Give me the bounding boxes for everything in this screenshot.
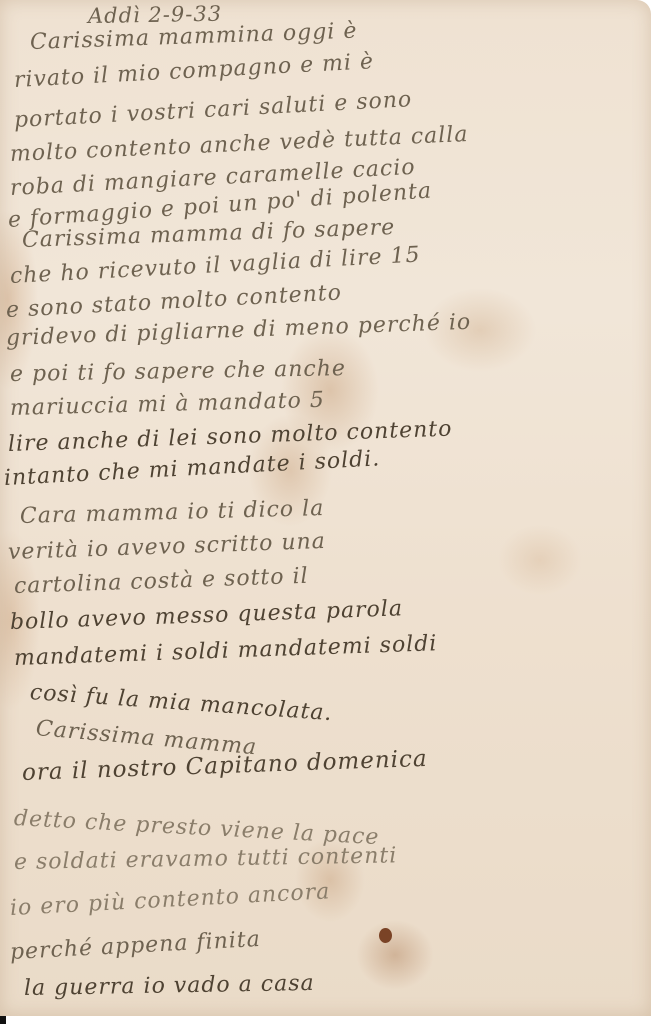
text-line: bollo avevo messo questa parola	[10, 596, 404, 635]
text-line: rivato il mio compagno e mi è	[13, 49, 374, 93]
text-line: io ero più contento ancora	[9, 879, 331, 921]
text-line: mandatemi i soldi mandatemi soldi	[14, 631, 438, 671]
text-line: verità io avevo scritto una	[8, 529, 327, 565]
scan-edge-mark	[0, 1016, 6, 1024]
text-line: la guerra io vado a casa	[24, 971, 315, 1001]
text-line: Carissima mammina oggi è	[30, 19, 358, 55]
text-line: mariuccia mi à mandato 5	[10, 388, 325, 421]
ink-stain	[379, 928, 392, 943]
text-line: cartolina costà e sotto il	[14, 564, 309, 599]
text-line: lire anche di lei sono molto contento	[8, 416, 453, 457]
text-line: e poi ti fo sapere che anche	[10, 356, 346, 387]
scan-border	[0, 1016, 651, 1024]
text-line: detto che presto viene la pace	[13, 806, 380, 850]
text-line: perché appena finita	[9, 927, 261, 965]
text-line: e soldati eravamo tutti contenti	[14, 843, 398, 875]
text-line: Cara mamma io ti dico la	[20, 496, 325, 529]
letter-paper: Addì 2-9-33 Carissima mammina oggi è riv…	[0, 0, 651, 1016]
